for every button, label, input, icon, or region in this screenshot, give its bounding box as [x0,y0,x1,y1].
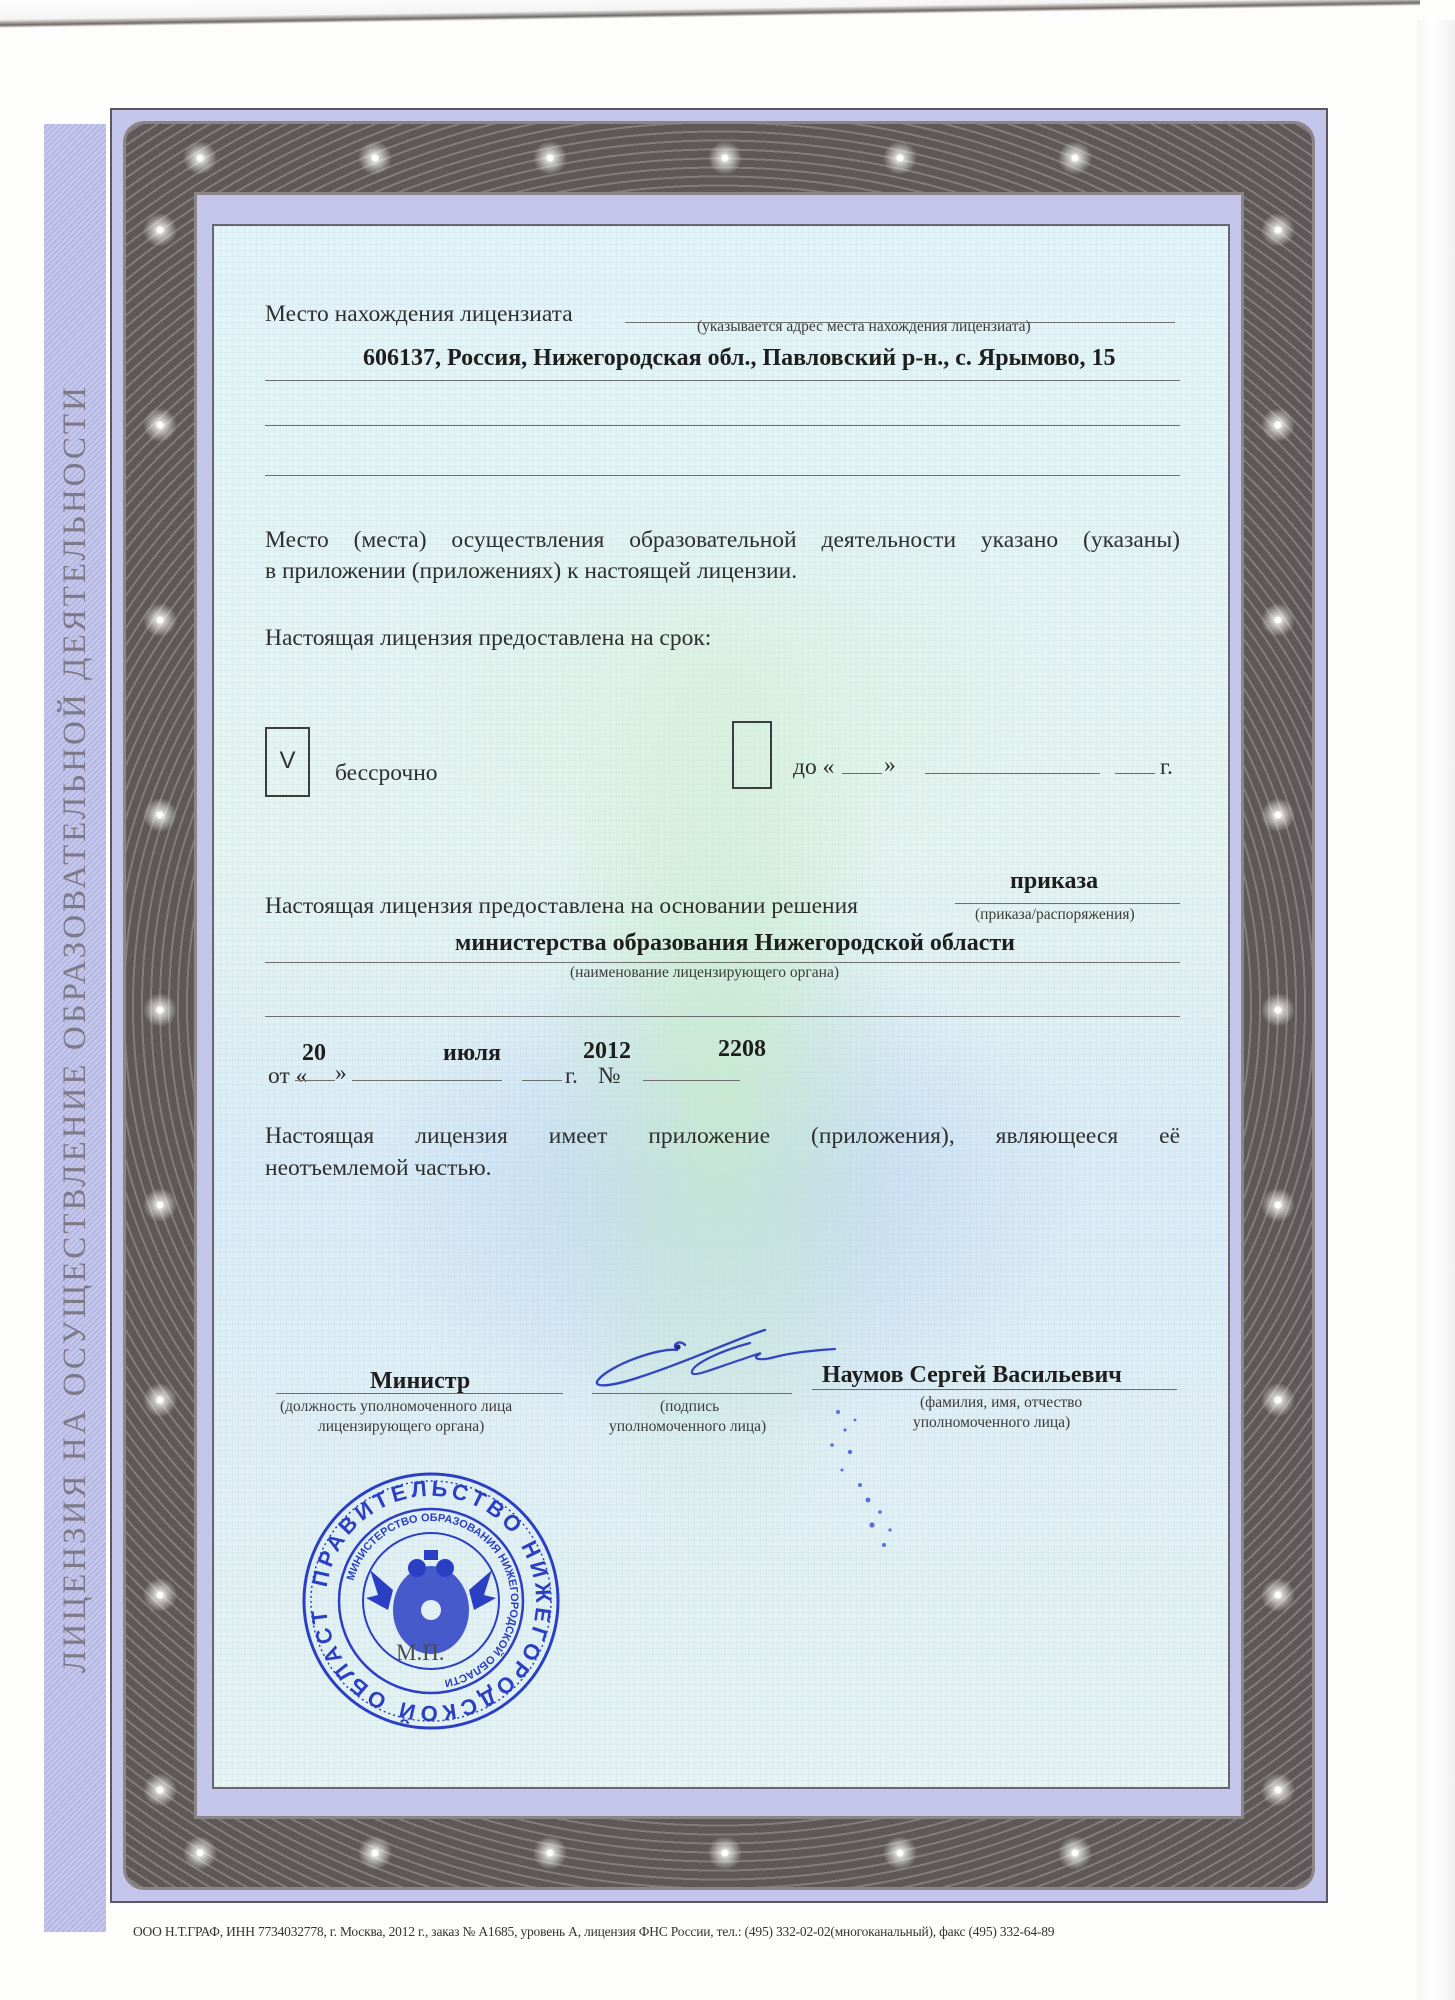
rosette-ornament [708,1836,742,1870]
signature-image [590,1325,840,1395]
signature-hint-2: уполномоченного лица) [609,1418,766,1436]
decision-year-rule [522,1080,562,1081]
rosette-ornament [1261,1383,1295,1417]
rosette-ornament [143,408,177,442]
rosette-ornament [143,1383,177,1417]
rosette-ornament [358,1836,392,1870]
decision-type-rule [955,903,1180,904]
checkbox-indefinite-mark: V [267,747,308,775]
printer-imprint: ООО Н.Т.ГРАФ, ИНН 7734032778, г. Москва,… [133,1924,1054,1940]
licensee-location-label: Место нахождения лицензиата [265,301,573,328]
decision-number: 2208 [718,1036,766,1063]
rosette-ornament [358,141,392,175]
rosette-ornament [533,141,567,175]
rosette-ornament [1058,1836,1092,1870]
term-until-day-rule [842,773,882,774]
rosette-ornament [183,141,217,175]
checkbox-indefinite[interactable]: V [265,727,310,797]
rosette-ornament [143,603,177,637]
rosette-ornament [143,993,177,1027]
licensee-location-hint: (указывается адрес места нахождения лице… [697,318,1031,336]
rosette-ornament [883,141,917,175]
coat-of-arms-icon [366,1550,496,1654]
term-until-year-suffix: г. [1160,754,1173,781]
term-until-prefix: до « [793,754,834,781]
stamp-ink-spatter [820,1390,940,1560]
decision-type-hint: (приказа/распоряжения) [975,906,1135,924]
authority-rule [265,962,1180,963]
position-rule [276,1393,563,1394]
official-stamp: ПРАВИТЕЛЬСТВО НИЖЕГОРОДСКОЙ ОБЛАСТИ МИНИ… [300,1470,562,1732]
rosette-ornament [143,213,177,247]
rosette-ornament [183,1836,217,1870]
rosette-ornament [1058,141,1092,175]
rosette-ornament [708,141,742,175]
decision-date-prefix: от « [268,1063,307,1090]
decision-year: 2012 [583,1038,631,1065]
rosette-ornament [533,1836,567,1870]
decision-type: приказа [1010,868,1098,895]
position-hint-1: (должность уполномоченного лица [280,1398,512,1416]
activity-places-line2: в приложении (приложениях) к настоящей л… [265,558,797,585]
checkbox-until-date[interactable] [732,721,772,789]
term-until-year-rule [1115,773,1155,774]
appendix-note-line1: Настоящая лицензия имеет приложение (при… [265,1123,1180,1150]
address-rule-2 [265,425,1180,426]
name-hint-1: (фамилия, имя, отчество [920,1394,1082,1412]
decision-month-rule [352,1080,502,1081]
address-rule-1 [265,380,1180,381]
rosette-ornament [1261,1773,1295,1807]
official-full-name: Наумов Сергей Васильевич [822,1362,1122,1389]
signature-rule [592,1393,792,1394]
rosette-ornament [143,1578,177,1612]
seal-place-mark: М.П. [396,1640,445,1665]
term-until-month-rule [925,773,1100,774]
side-title: Лицензия на осуществление образовательно… [44,124,106,1932]
scan-edge-shadow [0,0,1420,28]
authority-hint: (наименование лицензирующего органа) [570,964,839,982]
rosette-ornament [143,1188,177,1222]
rosette-ornament [1261,798,1295,832]
side-title-text: Лицензия на осуществление образовательно… [57,384,94,1673]
rosette-ornament [1261,1578,1295,1612]
licensing-authority: министерства образования Нижегородской о… [455,930,1015,957]
rosette-ornament [1261,1188,1295,1222]
rosette-ornament [1261,408,1295,442]
rosette-ornament [143,798,177,832]
decision-month: июля [443,1040,501,1067]
decision-number-sign: № [598,1063,620,1090]
decision-number-rule [643,1080,740,1081]
rosette-ornament [1261,993,1295,1027]
term-until-quote: » [884,752,896,779]
rosette-ornament [1261,603,1295,637]
official-position: Министр [370,1368,470,1395]
rosette-ornament [143,1773,177,1807]
term-indefinite-label: бессрочно [335,760,438,787]
signature-hint-1: (подпись [660,1398,719,1416]
appendix-note-line2: неотъемлемой частью. [265,1155,492,1182]
paper-right-edge [1417,20,1455,2000]
rosette-ornament [883,1836,917,1870]
decision-year-suffix: г. [565,1063,578,1090]
term-label: Настоящая лицензия предоставлена на срок… [265,625,711,652]
licensee-address: 606137, Россия, Нижегородская обл., Павл… [363,345,1116,372]
authority-rule-2 [265,1016,1180,1017]
address-rule-3 [265,475,1180,476]
decision-date-quote: » [335,1060,347,1087]
decision-day-rule [295,1080,335,1081]
basis-label: Настоящая лицензия предоставлена на осно… [265,893,858,920]
activity-places-line1: Место (места) осуществления образователь… [265,527,1180,554]
rosette-ornament [1261,213,1295,247]
position-hint-2: лицензирующего органа) [318,1418,484,1436]
